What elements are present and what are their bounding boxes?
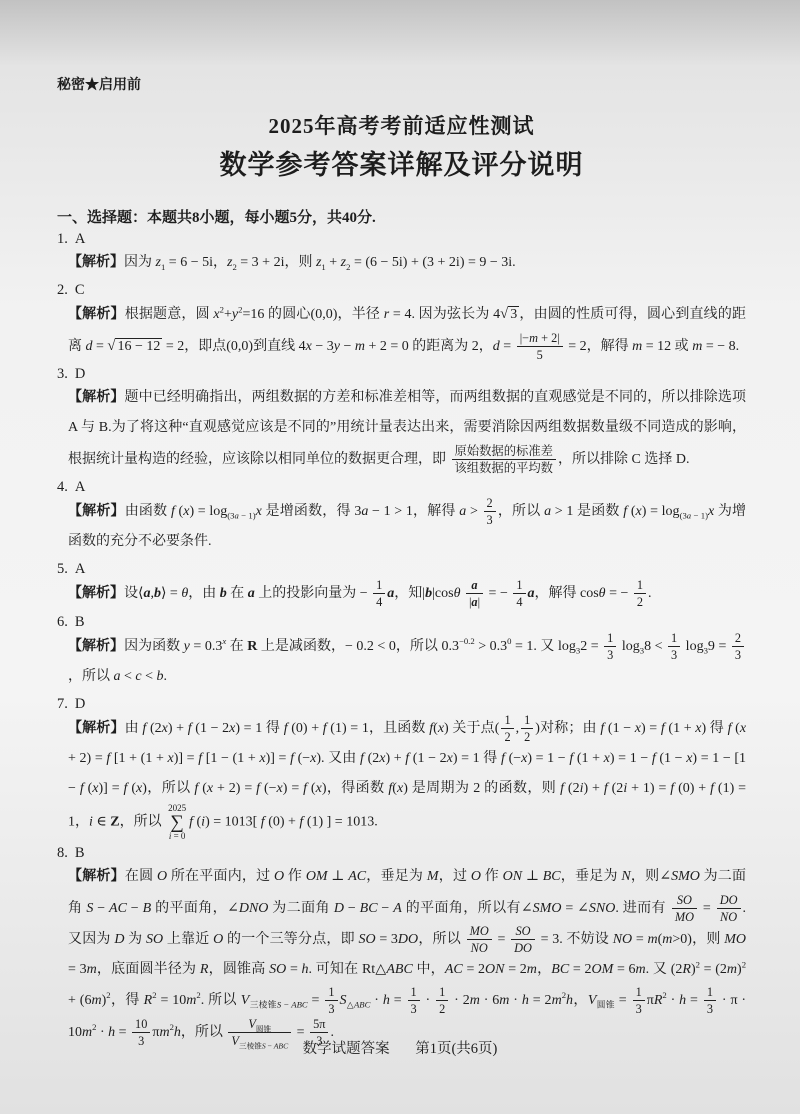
question-block: 5.A【解析】设⟨a,b⟩ = θ，由 b 在 a 上的投影向量为 − 14a，… (57, 561, 746, 609)
sqrt-expression: √3 (500, 307, 519, 322)
fraction: 12 (521, 713, 533, 744)
fraction: 14 (513, 578, 525, 609)
fraction: 23 (484, 496, 496, 527)
fraction: 23 (732, 631, 744, 662)
analysis-label: 【解析】 (68, 307, 125, 322)
fraction: a|a| (466, 578, 483, 609)
question-number: 5. (57, 561, 68, 577)
fraction: 12 (634, 578, 646, 609)
analysis-label: 【解析】 (68, 255, 124, 270)
sqrt-expression: √16 − 12 (107, 339, 162, 354)
question-number: 4. (57, 479, 68, 495)
fraction: 13 (604, 631, 616, 662)
question-answer: D (75, 366, 85, 382)
question-answer: C (75, 282, 85, 298)
question-answer: B (75, 614, 85, 630)
question-block: 7.D【解析】由 f (2x) + f (1 − 2x) = 1 得 f (0)… (57, 696, 746, 842)
fraction: 12 (436, 985, 448, 1016)
exam-answer-page: 秘密★启用前 2025年高考考前适应性测试 数学参考答案详解及评分说明 一、选择… (0, 0, 800, 1114)
question-number: 7. (57, 696, 68, 712)
footer-page-number: 第1页(共6页) (415, 1041, 497, 1057)
question-number: 1. (57, 231, 68, 247)
question-answer-line: 4.A (57, 479, 746, 496)
questions-list: 1.A【解析】因为 z1 = 6 − 5i，z2 = 3 + 2i，则 z1 +… (57, 231, 746, 1048)
fraction: 12 (501, 713, 513, 744)
footer-doc-label: 数学试题答案 (303, 1041, 390, 1057)
analysis-label: 【解析】 (68, 586, 124, 601)
summation: 2025∑i = 0 (168, 804, 186, 841)
fraction: 原始数据的标准差该组数据的平均数 (452, 444, 557, 475)
question-answer-line: 1.A (57, 231, 746, 248)
classification-label: 秘密★启用前 (57, 74, 746, 94)
question-answer: A (75, 231, 85, 247)
fraction: MONO (467, 924, 492, 955)
page-footer: 数学试题答案 第1页(共6页) (0, 1037, 800, 1058)
analysis-label: 【解析】 (68, 869, 125, 884)
question-answer-line: 7.D (57, 696, 746, 713)
question-block: 6.B【解析】因为函数 y = 0.3x 在 R 上是减函数，− 0.2 < 0… (57, 614, 746, 692)
fraction: 13 (668, 631, 680, 662)
section-heading: 一、选择题：本题共8小题，每小题5分，共40分. (57, 206, 746, 227)
fraction: SOMO (672, 893, 697, 924)
question-answer: D (75, 696, 85, 712)
question-number: 2. (57, 282, 68, 298)
question-number: 6. (57, 614, 68, 630)
fraction: |−m + 2|5 (517, 331, 563, 362)
analysis-paragraph: 【解析】由 f (2x) + f (1 − 2x) = 1 得 f (0) + … (68, 713, 746, 842)
question-answer-line: 3.D (57, 366, 746, 383)
question-block: 4.A【解析】由函数 f (x) = log(3a − 1)x 是增函数，得 3… (57, 479, 746, 557)
fraction: 13 (633, 985, 645, 1016)
fraction: DONO (717, 893, 741, 924)
analysis-paragraph: 【解析】因为 z1 = 6 − 5i，z2 = 3 + 2i，则 z1 + z2… (68, 248, 746, 278)
analysis-label: 【解析】 (68, 504, 125, 519)
doc-subtitle: 数学参考答案详解及评分说明 (57, 143, 746, 182)
analysis-paragraph: 【解析】根据题意，圆 x2+y2=16 的圆心(0,0)，半径 r = 4. 因… (68, 299, 746, 362)
fraction: 13 (704, 985, 716, 1016)
fraction: SODO (511, 924, 535, 955)
question-block: 2.C【解析】根据题意，圆 x2+y2=16 的圆心(0,0)，半径 r = 4… (57, 282, 746, 362)
question-answer-line: 6.B (57, 614, 746, 631)
fraction: 13 (408, 985, 420, 1016)
analysis-paragraph: 【解析】由函数 f (x) = log(3a − 1)x 是增函数，得 3a −… (68, 496, 746, 557)
analysis-paragraph: 【解析】因为函数 y = 0.3x 在 R 上是减函数，− 0.2 < 0，所以… (68, 631, 746, 692)
question-answer-line: 2.C (57, 282, 746, 299)
fraction: 14 (373, 578, 385, 609)
question-answer: B (75, 845, 85, 861)
question-block: 3.D【解析】题中已经明确指出，两组数据的方差和标准差相等，而两组数据的直观感觉… (57, 366, 746, 475)
analysis-paragraph: 【解析】设⟨a,b⟩ = θ，由 b 在 a 上的投影向量为 − 14a，知|b… (68, 578, 746, 609)
question-block: 8.B【解析】在圆 O 所在平面内，过 O 作 OM ⊥ AC，垂足为 M，过 … (57, 845, 746, 1047)
question-number: 3. (57, 366, 68, 382)
doc-title: 2025年高考考前适应性测试 (57, 110, 746, 140)
question-block: 1.A【解析】因为 z1 = 6 − 5i，z2 = 3 + 2i，则 z1 +… (57, 231, 746, 278)
question-answer-line: 8.B (57, 845, 746, 862)
analysis-paragraph: 【解析】题中已经明确指出，两组数据的方差和标准差相等，而两组数据的直观感觉是不同… (68, 383, 746, 475)
question-answer: A (75, 479, 85, 495)
analysis-label: 【解析】 (68, 638, 124, 653)
fraction: 13 (325, 985, 337, 1016)
question-answer: A (75, 561, 85, 577)
analysis-label: 【解析】 (68, 390, 125, 405)
question-number: 8. (57, 845, 68, 861)
question-answer-line: 5.A (57, 561, 746, 578)
analysis-label: 【解析】 (68, 721, 125, 736)
analysis-paragraph: 【解析】在圆 O 所在平面内，过 O 作 OM ⊥ AC，垂足为 M，过 O 作… (68, 862, 746, 1047)
